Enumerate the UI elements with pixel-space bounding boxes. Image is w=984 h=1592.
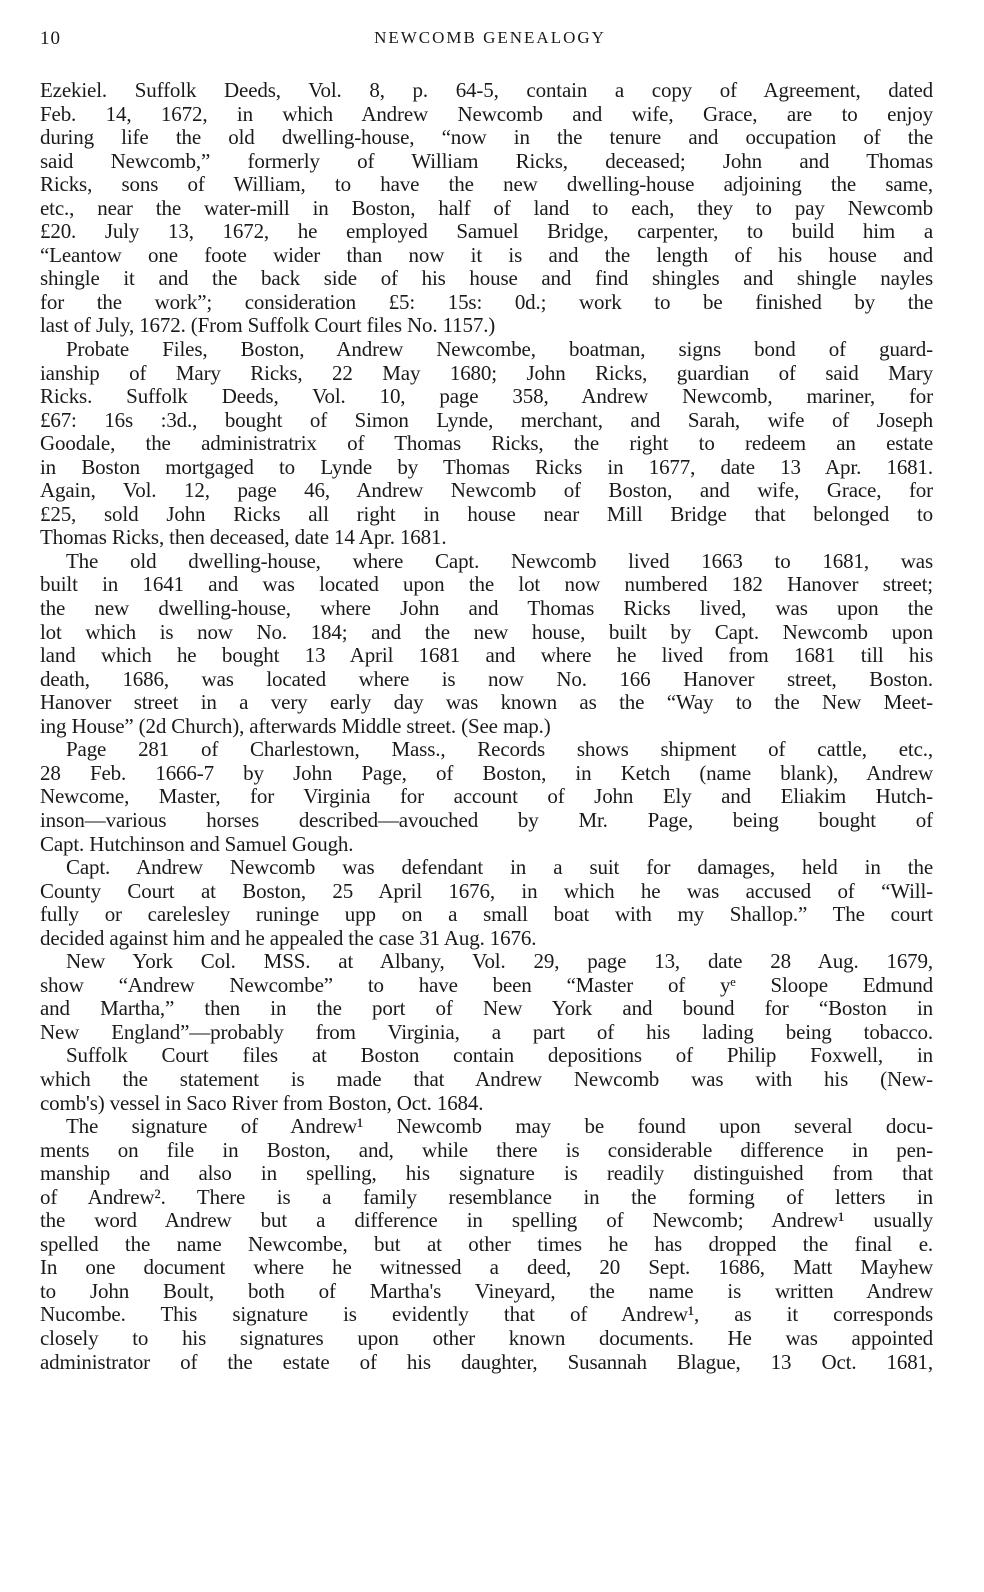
text-line: Ricks, sons of William, to have the new … — [40, 173, 933, 197]
text-line: Again, Vol. 12, page 46, Andrew Newcomb … — [40, 479, 933, 503]
text-line: Nucombe. This signature is evidently tha… — [40, 1303, 933, 1327]
text-line: Page 281 of Charlestown, Mass., Records … — [40, 738, 933, 762]
text-line: manship and also in spelling, his signat… — [40, 1162, 933, 1186]
text-line: Hanover street in a very early day was k… — [40, 691, 933, 715]
text-line: Ezekiel. Suffolk Deeds, Vol. 8, p. 64-5,… — [40, 79, 933, 103]
text-line: in Boston mortgaged to Lynde by Thomas R… — [40, 456, 933, 480]
text-line: which the statement is made that Andrew … — [40, 1068, 933, 1092]
text-line: New York Col. MSS. at Albany, Vol. 29, p… — [40, 950, 933, 974]
text-line: lot which is now No. 184; and the new ho… — [40, 621, 933, 645]
text-line: ing House” (2d Church), afterwards Middl… — [40, 715, 933, 739]
text-line: built in 1641 and was located upon the l… — [40, 573, 933, 597]
text-line: Capt. Hutchinson and Samuel Gough. — [40, 833, 933, 857]
running-head: NEWCOMB GENEALOGY — [40, 28, 940, 48]
text-line: land which he bought 13 April 1681 and w… — [40, 644, 933, 668]
text-line: and Martha,” then in the port of New Yor… — [40, 997, 933, 1021]
text-line: the word Andrew but a difference in spel… — [40, 1209, 933, 1233]
text-line: comb's) vessel in Saco River from Boston… — [40, 1092, 933, 1116]
text-line: Probate Files, Boston, Andrew Newcombe, … — [40, 338, 933, 362]
text-line: to John Boult, both of Martha's Vineyard… — [40, 1280, 933, 1304]
text-line: inson—various horses described—avouched … — [40, 809, 933, 833]
text-line: ianship of Mary Ricks, 22 May 1680; John… — [40, 362, 933, 386]
text-line: decided against him and he appealed the … — [40, 927, 933, 951]
text-line: of Andrew². There is a family resemblanc… — [40, 1186, 933, 1210]
text-line: last of July, 1672. (From Suffolk Court … — [40, 314, 933, 338]
text-line: shingle it and the back side of his hous… — [40, 267, 933, 291]
page-header: 10 NEWCOMB GENEALOGY — [40, 28, 940, 54]
text-line: £67: 16s :3d., bought of Simon Lynde, me… — [40, 409, 933, 433]
text-line: In one document where he witnessed a dee… — [40, 1256, 933, 1280]
text-line: New England”—probably from Virginia, a p… — [40, 1021, 933, 1045]
text-line: County Court at Boston, 25 April 1676, i… — [40, 880, 933, 904]
text-line: Suffolk Court files at Boston contain de… — [40, 1044, 933, 1068]
text-line: administrator of the estate of his daugh… — [40, 1351, 933, 1375]
text-line: for the work”; consideration £5: 15s: 0d… — [40, 291, 933, 315]
text-line: The old dwelling-house, where Capt. Newc… — [40, 550, 933, 574]
text-line: Thomas Ricks, then deceased, date 14 Apr… — [40, 526, 933, 550]
text-line: Goodale, the administratrix of Thomas Ri… — [40, 432, 933, 456]
text-line: ments on file in Boston, and, while ther… — [40, 1139, 933, 1163]
text-line: £25, sold John Ricks all right in house … — [40, 503, 933, 527]
text-line: “Leantow one foote wider than now it is … — [40, 244, 933, 268]
text-line: 28 Feb. 1666-7 by John Page, of Boston, … — [40, 762, 933, 786]
document-page: 10 NEWCOMB GENEALOGY Ezekiel. Suffolk De… — [0, 0, 984, 1592]
text-line: etc., near the water-mill in Boston, hal… — [40, 197, 933, 221]
text-line: the new dwelling-house, where John and T… — [40, 597, 933, 621]
text-line: The signature of Andrew¹ Newcomb may be … — [40, 1115, 933, 1139]
text-line: Ricks. Suffolk Deeds, Vol. 10, page 358,… — [40, 385, 933, 409]
text-line: said Newcomb,” formerly of William Ricks… — [40, 150, 933, 174]
text-line: spelled the name Newcombe, but at other … — [40, 1233, 933, 1257]
text-line: Feb. 14, 1672, in which Andrew Newcomb a… — [40, 103, 933, 127]
text-line: fully or carelesley runinge upp on a sma… — [40, 903, 933, 927]
text-line: £20. July 13, 1672, he employed Samuel B… — [40, 220, 933, 244]
text-line: Newcome, Master, for Virginia for accoun… — [40, 785, 933, 809]
text-line: show “Andrew Newcombe” to have been “Mas… — [40, 974, 933, 998]
body-text: Ezekiel. Suffolk Deeds, Vol. 8, p. 64-5,… — [40, 79, 933, 1374]
text-line: Capt. Andrew Newcomb was defendant in a … — [40, 856, 933, 880]
text-line: during life the old dwelling-house, “now… — [40, 126, 933, 150]
text-line: closely to his signatures upon other kno… — [40, 1327, 933, 1351]
text-line: death, 1686, was located where is now No… — [40, 668, 933, 692]
